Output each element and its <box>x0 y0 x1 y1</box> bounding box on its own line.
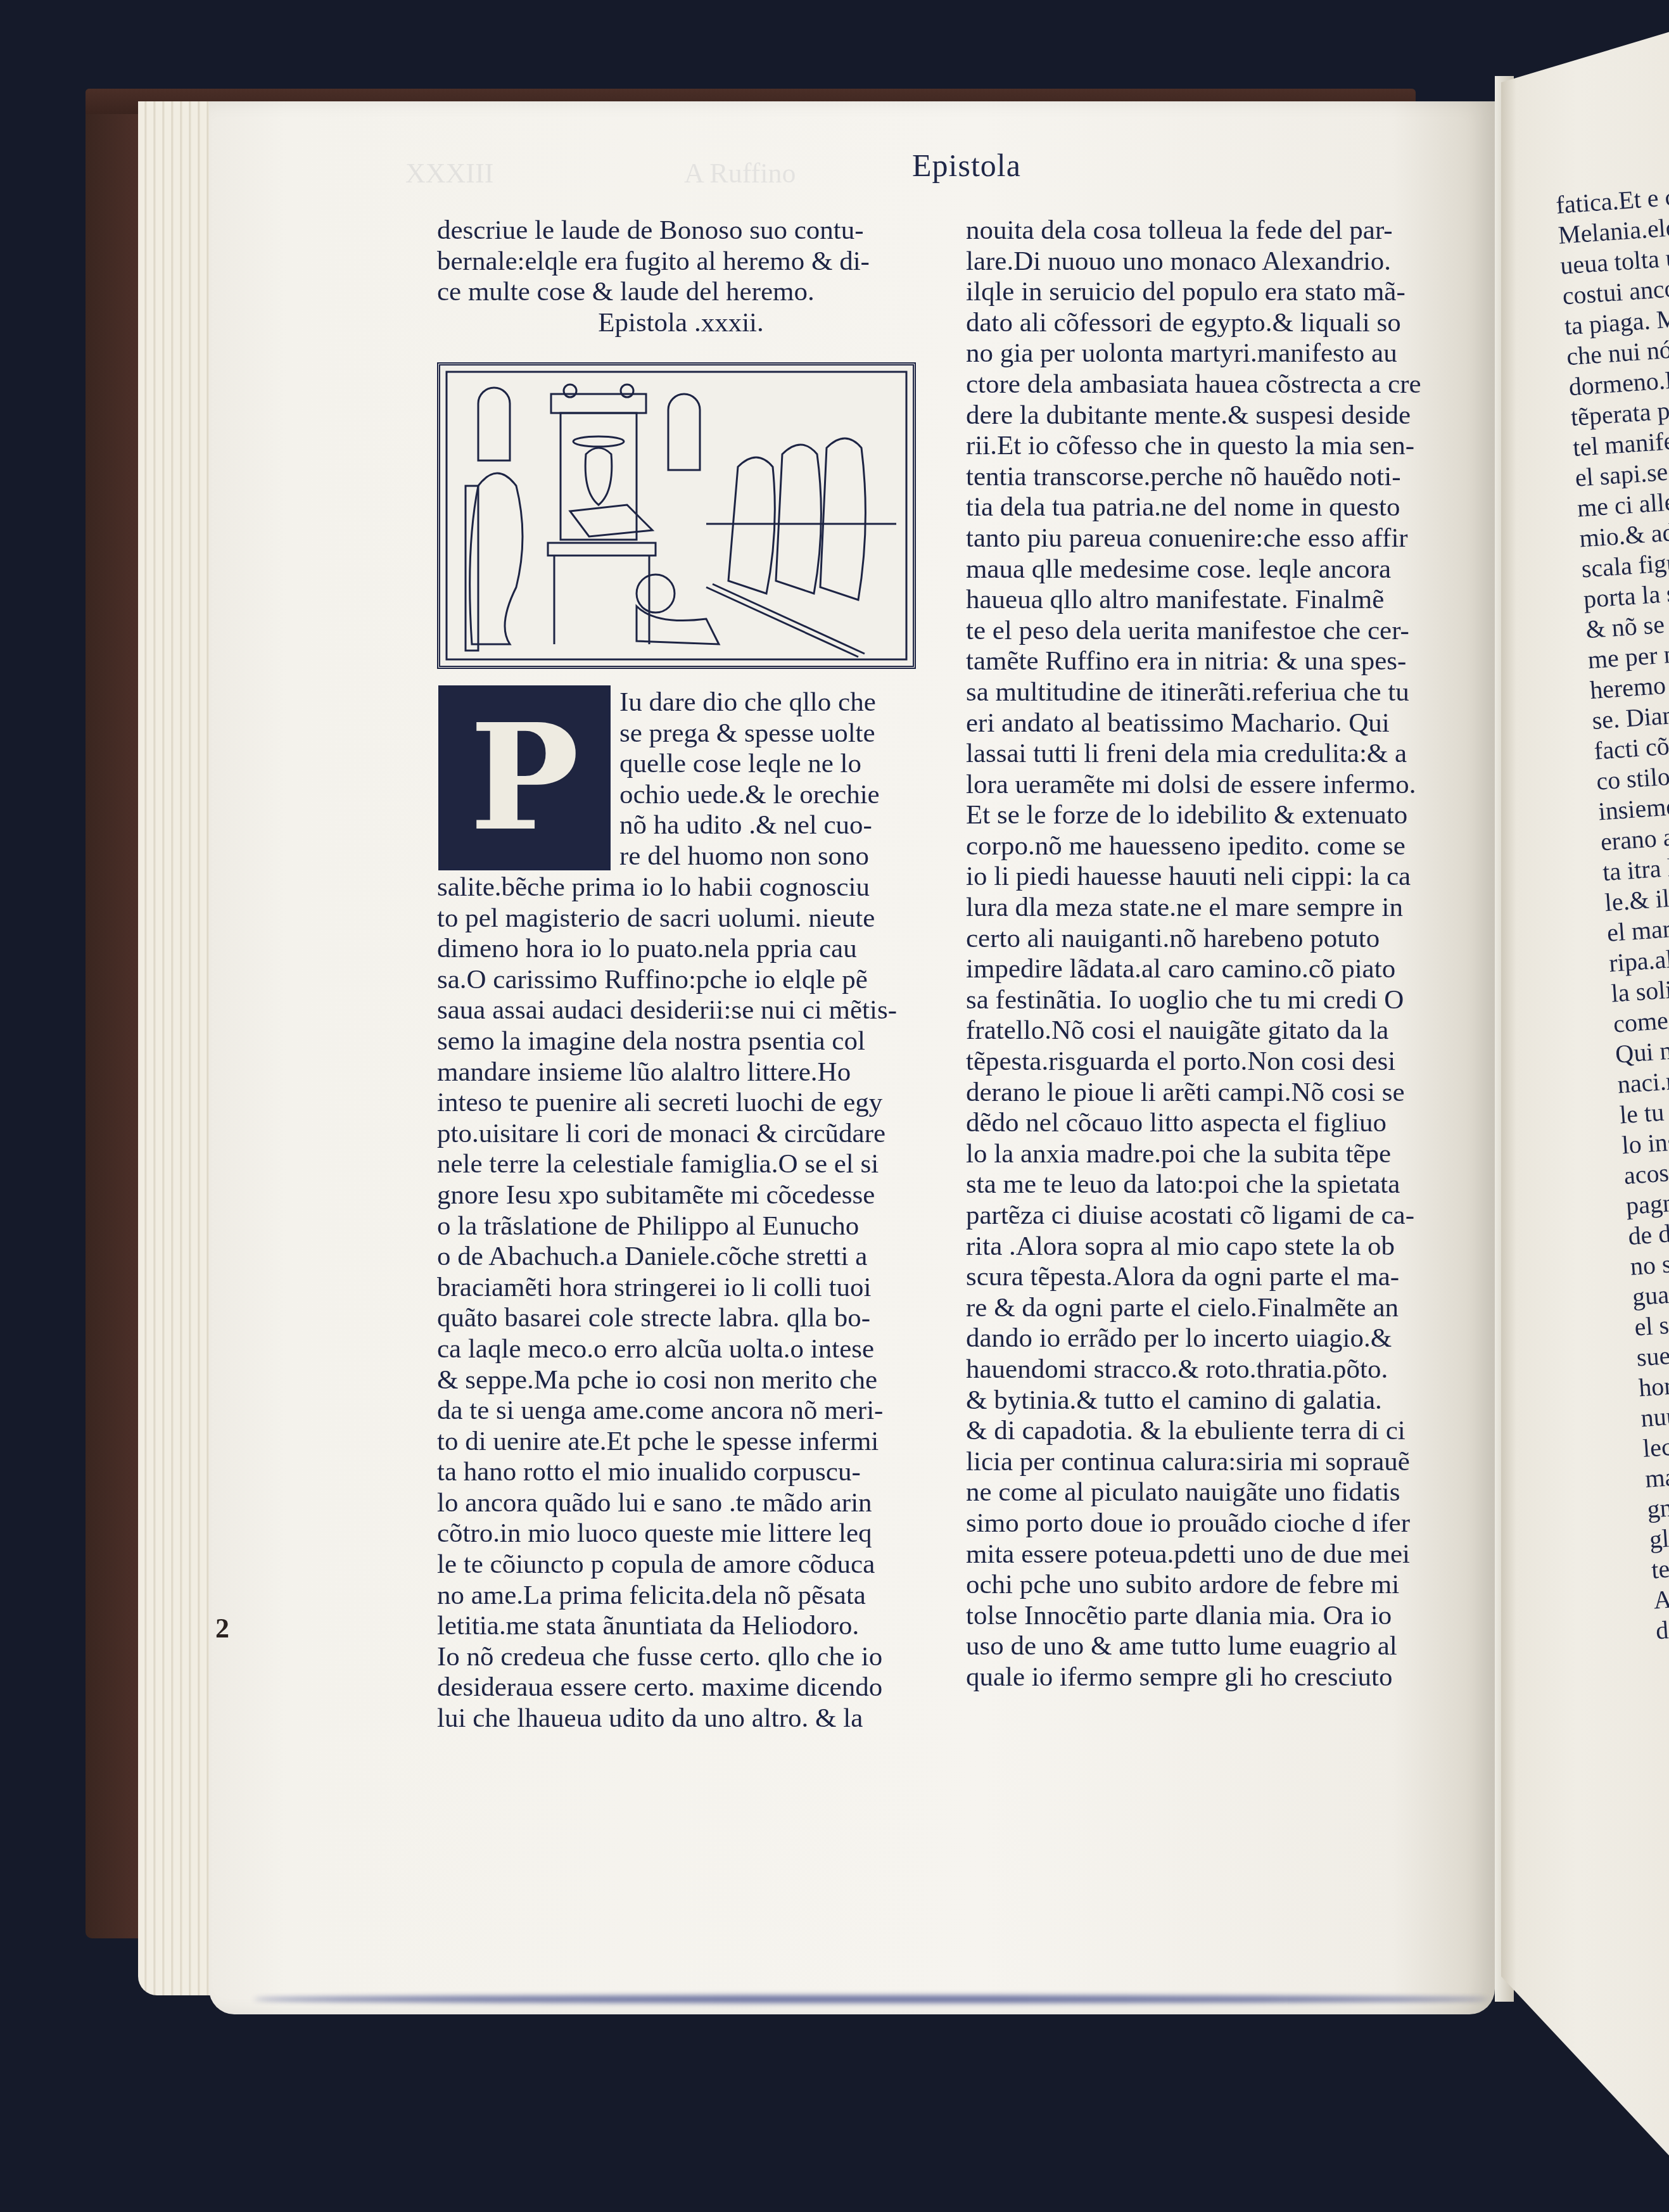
text-line: desideraua essere certo. maxime dicendo <box>437 1672 897 1703</box>
left-column-body: salite.bẽche prima io lo habii cognosciu… <box>437 872 897 1734</box>
text-line: inteso te puenire ali secreti luochi de … <box>437 1088 897 1119</box>
text-line: te el peso dela uerita manifestoe che ce… <box>966 616 1447 647</box>
text-line: ce multe cose & laude del heremo. <box>437 277 918 308</box>
text-line: salite.bẽche prima io lo habii cognosciu <box>437 872 897 903</box>
margin-mark: 2 <box>215 1612 229 1644</box>
text-line: lare.Di nuouo uno monaco Alexandrio. <box>966 246 1447 277</box>
text-line: Et se le forze de lo idebilito & extenua… <box>966 800 1447 831</box>
text-line: Iu dare dio che qllo che <box>619 687 880 718</box>
text-line: dando io errãdo per lo incerto uiagio.& <box>966 1323 1447 1354</box>
text-line: semo la imagine dela nostra psentia col <box>437 1026 897 1057</box>
text-line: certo ali nauiganti.nõ harebeno potuto <box>966 924 1447 955</box>
text-line: uso de uno & ame tutto lume euagrio al <box>966 1631 1447 1662</box>
text-line: hauendomi stracco.& roto.thratia.põto. <box>966 1354 1447 1385</box>
text-line: & bytinia.& tutto el camino di galatia. <box>966 1385 1447 1416</box>
epistle-heading: Epistola .xxxii. <box>437 308 918 339</box>
text-line: da te si uenga ame.come ancora nõ meri- <box>437 1395 897 1427</box>
text-line: re & da ogni parte el cielo.Finalmẽte an <box>966 1293 1447 1324</box>
text-line: tentia transcorse.perche nõ hauẽdo noti- <box>966 462 1447 493</box>
text-line: rii.Et io cõfesso che in questo la mia s… <box>966 431 1447 462</box>
text-line: mita essere poteua.pdetti uno de due mei <box>966 1539 1447 1570</box>
text-line: se prega & spesse uolte <box>619 718 880 749</box>
right-column-body: nouita dela cosa tolleua la fede del par… <box>966 215 1447 1693</box>
text-line: tolse Innocẽtio parte dlania mia. Ora io <box>966 1601 1447 1632</box>
text-line: simo porto doue io prouãdo cioche d ifer <box>966 1508 1447 1539</box>
text-line: nele terre la celestiale famiglia.O se e… <box>437 1149 897 1180</box>
initial-adjacent-text: Iu dare dio che qllo che se prega & spes… <box>619 687 880 872</box>
text-line: quelle cose leqle ne lo <box>619 749 880 780</box>
text-line: lora ueramẽte mi dolsi de essere infermo… <box>966 770 1447 801</box>
text-line: quãto basarei cole strecte labra. qlla b… <box>437 1303 897 1334</box>
text-line: ta hano rotto el mio inualido corpuscu- <box>437 1457 897 1488</box>
text-line: fratello.Nõ cosi el nauigãte gitato da l… <box>966 1015 1447 1046</box>
text-line: to pel magisterio de sacri uolumi. nieut… <box>437 903 897 934</box>
text-line: dẽdo nel cõcauo litto aspecta el figliuo <box>966 1108 1447 1139</box>
text-line: letitia.me stata ãnuntiata da Heliodoro. <box>437 1611 897 1642</box>
text-line: sa multitudine de itinerãti.referiua che… <box>966 677 1447 708</box>
text-line: derano le pioue li arẽti campi.Nõ cosi s… <box>966 1077 1447 1109</box>
text-line: sa.O carissimo Ruffino:pche io elqle pẽ <box>437 965 897 996</box>
text-line: lassai tutti li freni dela mia credulita… <box>966 739 1447 770</box>
text-line: nouita dela cosa tolleua la fede del par… <box>966 215 1447 246</box>
text-line: rita .Alora sopra al mio capo stete la o… <box>966 1231 1447 1262</box>
woodcut-scene-icon <box>440 365 913 666</box>
text-line: ochi pche uno subito ardore de febre mi <box>966 1570 1447 1601</box>
text-line: tanto piu pareua conuenire:che esso affi… <box>966 523 1447 554</box>
text-line: scura tẽpesta.Alora da ogni parte el ma- <box>966 1262 1447 1293</box>
text-line: ca laqle meco.o erro alcũa uolta.o intes… <box>437 1334 897 1365</box>
text-line: lura dla meza state.ne el mare sempre in <box>966 893 1447 924</box>
text-line: nõ ha udito .& nel cuo- <box>619 810 880 841</box>
text-line: haueua qllo altro manifestate. Finalmẽ <box>966 585 1447 616</box>
text-line: dere la dubitante mente.& suspesi deside <box>966 400 1447 431</box>
running-head: Epistola <box>912 147 1021 184</box>
text-line: o de Abachuch.a Daniele.cõche stretti a <box>437 1242 897 1273</box>
decorated-initial: P <box>438 685 611 870</box>
text-line: saua assai audaci desiderii:se nui ci mẽ… <box>437 995 897 1026</box>
text-line: lui che lhaueua udito da uno altro. & la <box>437 1703 897 1734</box>
text-line: no ame.La prima felicita.dela nõ pẽsata <box>437 1580 897 1611</box>
text-line: licia per continua calura:siria mi sopra… <box>966 1447 1447 1478</box>
text-line: dato ali cõfessori de egypto.& liquali s… <box>966 308 1447 339</box>
text-line: o la trãslatione de Philippo al Eunucho <box>437 1211 897 1242</box>
text-line: gnore Iesu xpo subitamẽte mi cõcedesse <box>437 1180 897 1211</box>
text-line: cõtro.in mio luoco queste mie littere le… <box>437 1518 897 1549</box>
text-line: bernale:elqle era fugito al heremo & di- <box>437 246 918 277</box>
text-line: re del huomo non sono <box>619 841 880 872</box>
text-line: quale io ifermo sempre gli ho cresciuto <box>966 1662 1447 1693</box>
text-line: ochio uede.& le orechie <box>619 780 880 811</box>
text-line: tia dela tua patria.ne del nome in quest… <box>966 492 1447 523</box>
text-line: ne come al piculato nauigãte uno fidatis <box>966 1477 1447 1508</box>
text-line: corpo.nõ me hauesseno ipedito. come se <box>966 831 1447 862</box>
text-line: le te cõiuncto p copula de amore cõduca <box>437 1549 897 1580</box>
text-line: partẽza ci diuise acostati cõ ligami de … <box>966 1200 1447 1231</box>
text-line: eri andato al beatissimo Machario. Qui <box>966 708 1447 739</box>
text-line: maua qlle medesime cose. leqle ancora <box>966 554 1447 585</box>
text-line: pto.uisitare li cori de monaci & circũda… <box>437 1119 897 1150</box>
woodcut-illustration <box>437 362 916 669</box>
text-line: dimeno hora io lo puato.nela ppria cau <box>437 934 897 965</box>
text-line: no gia per uolonta martyri.manifesto au <box>966 338 1447 369</box>
text-line: braciamẽti hora stringerei io li colli t… <box>437 1273 897 1304</box>
text-line: io li piedi hauesse hauuti neli cippi: l… <box>966 861 1447 893</box>
text-line: lo ancora quãdo lui e sano .te mãdo arin <box>437 1488 897 1519</box>
text-line: & seppe.Ma pche io cosi non merito che <box>437 1365 897 1396</box>
text-line: to di uenire ate.Et pche le spesse infer… <box>437 1427 897 1458</box>
text-line: & di capadotia. & la ebuliente terra di … <box>966 1416 1447 1447</box>
text-line: mandare insieme lũo alaltro littere.Ho <box>437 1057 897 1088</box>
initial-letter: P <box>470 705 580 851</box>
text-line: descriue le laude de Bonoso suo contu- <box>437 215 918 246</box>
bleed-through-head-1: XXXIII <box>405 157 493 189</box>
text-line: tamẽte Ruffino era in nitria: & una spes… <box>966 646 1447 677</box>
left-column-intro: descriue le laude de Bonoso suo contu- b… <box>437 215 918 338</box>
text-line: sta me te leuo da lato:poi che la spieta… <box>966 1169 1447 1200</box>
text-line: impedire lãdata.al caro camino.cõ piato <box>966 954 1447 985</box>
bleed-through-head-2: A Ruffino <box>684 157 796 189</box>
text-line: lo la anxia madre.poi che la subita tẽpe <box>966 1139 1447 1170</box>
page-shadow <box>253 1995 1488 2003</box>
text-line: sa festinãtia. Io uoglio che tu mi credi… <box>966 985 1447 1016</box>
text-line: ilqle in seruicio del populo era stato m… <box>966 277 1447 308</box>
text-line: ctore dela ambasiata hauea cõstrecta a c… <box>966 369 1447 400</box>
text-line: tẽpesta.risguarda el porto.Non cosi desi <box>966 1046 1447 1077</box>
text-line: Io nõ credeua che fusse certo. qllo che … <box>437 1642 897 1673</box>
